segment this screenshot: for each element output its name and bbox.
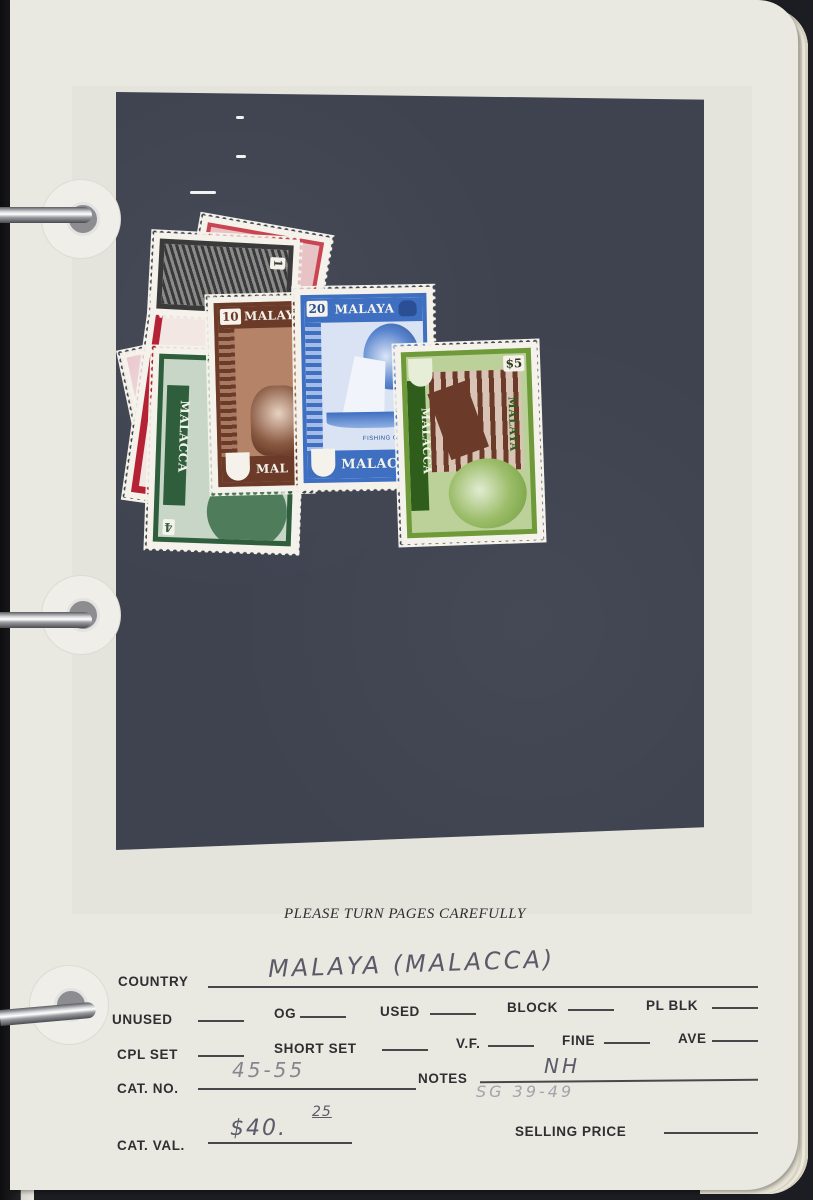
stamp-state-name: MALACCA — [175, 400, 192, 473]
cpl-set-label: CPL SET — [117, 1047, 178, 1062]
binder-ring-top[interactable] — [0, 207, 92, 223]
pl-blk-label: PL BLK — [646, 998, 698, 1013]
ave-field[interactable] — [712, 1040, 758, 1042]
stamp-state-name: MALACCA — [419, 408, 434, 475]
stamp-denomination: 4 — [162, 519, 175, 535]
crest-icon — [311, 449, 335, 477]
ave-label: AVE — [678, 1031, 707, 1046]
queen-portrait — [448, 457, 528, 530]
cat-no-line — [198, 1088, 416, 1090]
stamp-denomination: 10 — [220, 308, 241, 325]
selling-price-label: SELLING PRICE — [515, 1124, 626, 1139]
cat-val-field[interactable]: $40. — [230, 1116, 287, 1141]
crest-icon — [226, 452, 251, 481]
cat-no-field[interactable]: 45-55 — [232, 1058, 305, 1082]
card-glint — [236, 155, 246, 158]
unused-label: UNUSED — [112, 1012, 173, 1027]
used-field[interactable] — [430, 1013, 476, 1015]
notes-label: NOTES — [418, 1071, 468, 1086]
cat-val-label: CAT. VAL. — [117, 1138, 185, 1153]
crest-icon — [408, 358, 433, 387]
notes-field[interactable]: NH — [544, 1054, 580, 1078]
fine-field[interactable] — [604, 1042, 650, 1044]
cat-val-line — [208, 1142, 352, 1144]
stamp-denomination: 1 — [270, 257, 286, 269]
stamp-state-name: MAL — [256, 461, 289, 476]
card-glint — [236, 116, 244, 119]
selling-price-field[interactable] — [664, 1132, 758, 1134]
stamp-denomination: $5 — [503, 355, 524, 372]
notes-extra: SG 39-49 — [476, 1082, 574, 1101]
stamp-5-dollar[interactable]: MALACCA MALAYA $5 — [395, 342, 544, 545]
caution-text: PLEASE TURN PAGES CAREFULLY — [284, 906, 526, 923]
pl-blk-field[interactable] — [712, 1007, 758, 1009]
stamp-country-name: MALAYA — [505, 396, 520, 452]
country-line — [208, 986, 758, 988]
stamp-country-name: MALAYA — [335, 301, 395, 316]
cat-no-label: CAT. NO. — [117, 1081, 179, 1096]
vf-field[interactable] — [488, 1045, 534, 1047]
og-label: OG — [274, 1006, 296, 1021]
fine-label: FINE — [562, 1033, 595, 1048]
cpl-set-field[interactable] — [198, 1055, 244, 1057]
used-label: USED — [380, 1004, 420, 1019]
og-field[interactable] — [300, 1016, 346, 1018]
cat-val-cents: 25 — [312, 1104, 332, 1120]
stamp-denomination: 20 — [306, 301, 327, 317]
binder-ring-middle[interactable] — [0, 612, 92, 628]
vf-label: V.F. — [456, 1036, 480, 1051]
short-set-field[interactable] — [382, 1049, 428, 1051]
unused-field[interactable] — [198, 1020, 244, 1022]
country-label: COUNTRY — [118, 974, 188, 989]
card-glint — [190, 191, 216, 194]
crown-icon — [398, 300, 416, 316]
block-label: BLOCK — [507, 1000, 558, 1015]
block-field[interactable] — [568, 1009, 614, 1011]
short-set-label: SHORT SET — [274, 1041, 357, 1056]
